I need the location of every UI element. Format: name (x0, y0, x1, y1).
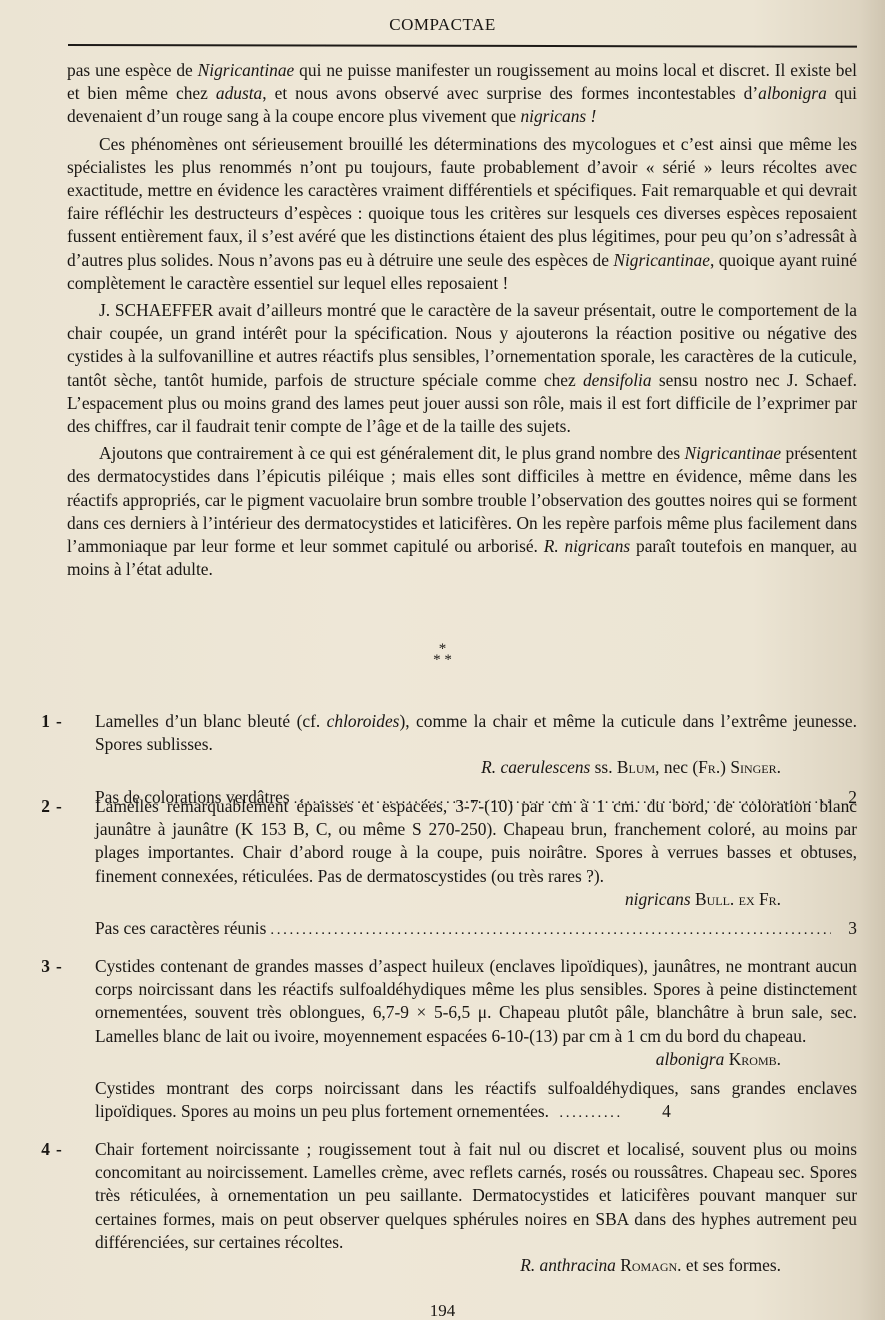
couplet-number: 3- (32, 955, 92, 978)
paragraph: Ajoutons que contrairement à ce qui est … (67, 442, 857, 581)
couplet: 4-Chair fortement noircissante ; rougiss… (32, 1138, 857, 1277)
taxon-name: R. caerulescens ss. Blum, nec (Fr.) Sing… (95, 756, 857, 779)
taxon-name: nigricans Bull. ex Fr. (95, 888, 857, 911)
author-name: Bull. ex Fr. (695, 889, 781, 909)
text-run: et ses formes. (682, 1255, 782, 1275)
couplet-number: 2- (32, 795, 92, 818)
key-couplet-3: 3-Cystides contenant de grandes masses d… (32, 955, 857, 1125)
couplet-number: 1- (32, 710, 92, 733)
italic-term: chloroides (327, 711, 400, 731)
alternative-text: Cystides montrant des corps noircissant … (95, 1078, 857, 1121)
paragraph: J. SCHAEFFER avait d’ailleurs montré que… (67, 299, 857, 438)
key-couplet-4: 4-Chair fortement noircissante ; rougiss… (32, 1138, 857, 1277)
running-head: COMPACTAE (0, 15, 885, 35)
leader-dots: .......... (553, 1105, 623, 1121)
alternative-text: Pas ces caractères réunis (95, 917, 266, 940)
text-run: Chair fortement noircissante ; rougissem… (95, 1139, 857, 1252)
body-text: pas une espèce de Nigricantinae qui ne p… (67, 59, 857, 581)
italic-term: R. nigricans (544, 536, 630, 556)
key-couplet-2: 2-Lamelles remarquablement épaisses et e… (32, 795, 857, 942)
text-run: Cystides contenant de grandes masses d’a… (95, 956, 857, 1046)
paragraph: pas une espèce de Nigricantinae qui ne p… (67, 59, 857, 129)
text-run: Lamelles remarquablement épaisses et esp… (95, 796, 857, 886)
italic-term: Nigricantinae (685, 443, 782, 463)
text-run: , et nous avons observé avec surprise de… (262, 83, 758, 103)
text-run: pas une espèce de (67, 60, 198, 80)
author-name: Blum (617, 757, 655, 777)
author-name: Romagn. (620, 1255, 681, 1275)
text-run: , nec ( (655, 757, 698, 777)
couplet-lead: Cystides contenant de grandes masses d’a… (95, 955, 857, 1048)
taxon-name: R. anthracina Romagn. et ses formes. (95, 1254, 857, 1277)
leader-dots: ........................................… (270, 919, 831, 942)
italic-term: albonigra (758, 83, 827, 103)
author-name: Singer. (730, 757, 781, 777)
couplet-alternative: Pas ces caractères réunis...............… (95, 917, 857, 942)
couplet: 2-Lamelles remarquablement épaisses et e… (32, 795, 857, 942)
couplet-number: 4- (32, 1138, 92, 1161)
couplet-dash: - (56, 956, 62, 976)
italic-term: albonigra (656, 1049, 725, 1069)
author-name: Kromb. (729, 1049, 781, 1069)
italic-term: densifolia (583, 370, 652, 390)
couplet-index: 1 (32, 710, 50, 733)
couplet-dash: - (56, 711, 62, 731)
couplet: 3-Cystides contenant de grandes masses d… (32, 955, 857, 1125)
asterism: * * * (0, 644, 885, 666)
asterism-bottom: * * (0, 655, 885, 666)
italic-term: Nigricantinae (613, 250, 710, 270)
couplet-lead: Lamelles d’un blanc bleuté (cf. chloroid… (95, 710, 857, 756)
italic-term: R. caerulescens (481, 757, 590, 777)
couplet-lead: Lamelles remarquablement épaisses et esp… (95, 795, 857, 888)
text-run: Ajoutons que contrairement à ce qui est … (99, 443, 685, 463)
couplet-lead: Chair fortement noircissante ; rougissem… (95, 1138, 857, 1254)
italic-term: adusta (216, 83, 262, 103)
book-page: COMPACTAE pas une espèce de Nigricantina… (0, 0, 885, 1320)
italic-term: nigricans ! (520, 106, 596, 126)
goto-couplet-link: 4 (655, 1100, 671, 1123)
italic-term: R. anthracina (520, 1255, 616, 1275)
couplet-index: 3 (32, 955, 50, 978)
taxon-name: albonigra Kromb. (95, 1048, 857, 1071)
goto-couplet-link: 3 (841, 917, 857, 940)
couplet-alternative: Cystides montrant des corps noircissant … (95, 1077, 857, 1125)
couplet-index: 4 (32, 1138, 50, 1161)
couplet-dash: - (56, 1139, 62, 1159)
couplet-dash: - (56, 796, 62, 816)
couplet-index: 2 (32, 795, 50, 818)
text-run: ss. (590, 757, 617, 777)
italic-term: Nigricantinae (198, 60, 295, 80)
author-name: Fr. (698, 757, 720, 777)
text-run: ) (720, 757, 730, 777)
italic-term: nigricans (625, 889, 691, 909)
page-number: 194 (0, 1301, 885, 1320)
header-rule (68, 44, 857, 48)
paragraph: Ces phénomènes ont sérieusement brouillé… (67, 133, 857, 295)
text-run: Lamelles d’un blanc bleuté (cf. (95, 711, 327, 731)
